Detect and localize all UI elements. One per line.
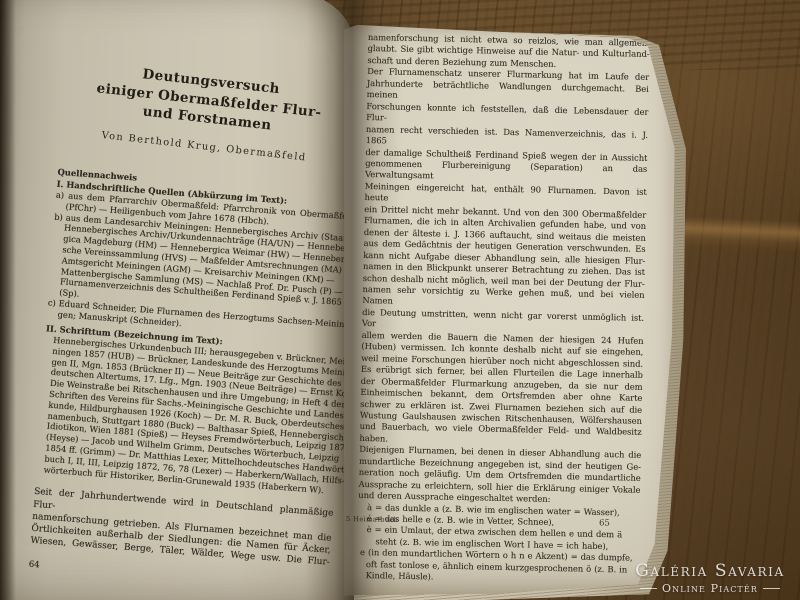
right-page: namenforschung ist nicht etwa so reizlos… bbox=[344, 18, 678, 596]
right-page-text: namenforschung ist nicht etwa so reizlos… bbox=[356, 32, 649, 588]
article-title-block: Deutungsversucheiniger Obermaßfelder Flu… bbox=[69, 58, 346, 167]
intro-paragraph: Seit der Jahrhundertwende wird in Deutsc… bbox=[30, 486, 334, 569]
watermark-dash-left bbox=[640, 588, 657, 589]
left-book-edge-shadow bbox=[0, 0, 16, 600]
open-book-photo: Deutungsversucheiniger Obermaßfelder Flu… bbox=[0, 0, 800, 600]
section2-lines: Hennebergisches Urkundenbuch III; heraus… bbox=[35, 334, 344, 496]
watermark-subtitle-row: Online Piactér bbox=[624, 582, 796, 595]
right-page-number: 65 bbox=[599, 518, 610, 528]
watermark: Galéria Savaria Online Piactér bbox=[624, 562, 796, 595]
watermark-title: Galéria Savaria bbox=[624, 562, 796, 581]
section1-lines: a) aus dem Pfarrarchiv Obermaßfeld: Pfar… bbox=[47, 190, 354, 341]
watermark-subtitle: Online Piactér bbox=[662, 582, 758, 595]
left-page: Deutungsversucheiniger Obermaßfelder Flu… bbox=[0, 0, 354, 600]
watermark-dash-right bbox=[763, 588, 780, 589]
left-page-text: Quellennachweis I. Handschriftliche Quel… bbox=[18, 166, 354, 593]
signature-mark: 5 Heimatbuch bbox=[346, 515, 398, 524]
